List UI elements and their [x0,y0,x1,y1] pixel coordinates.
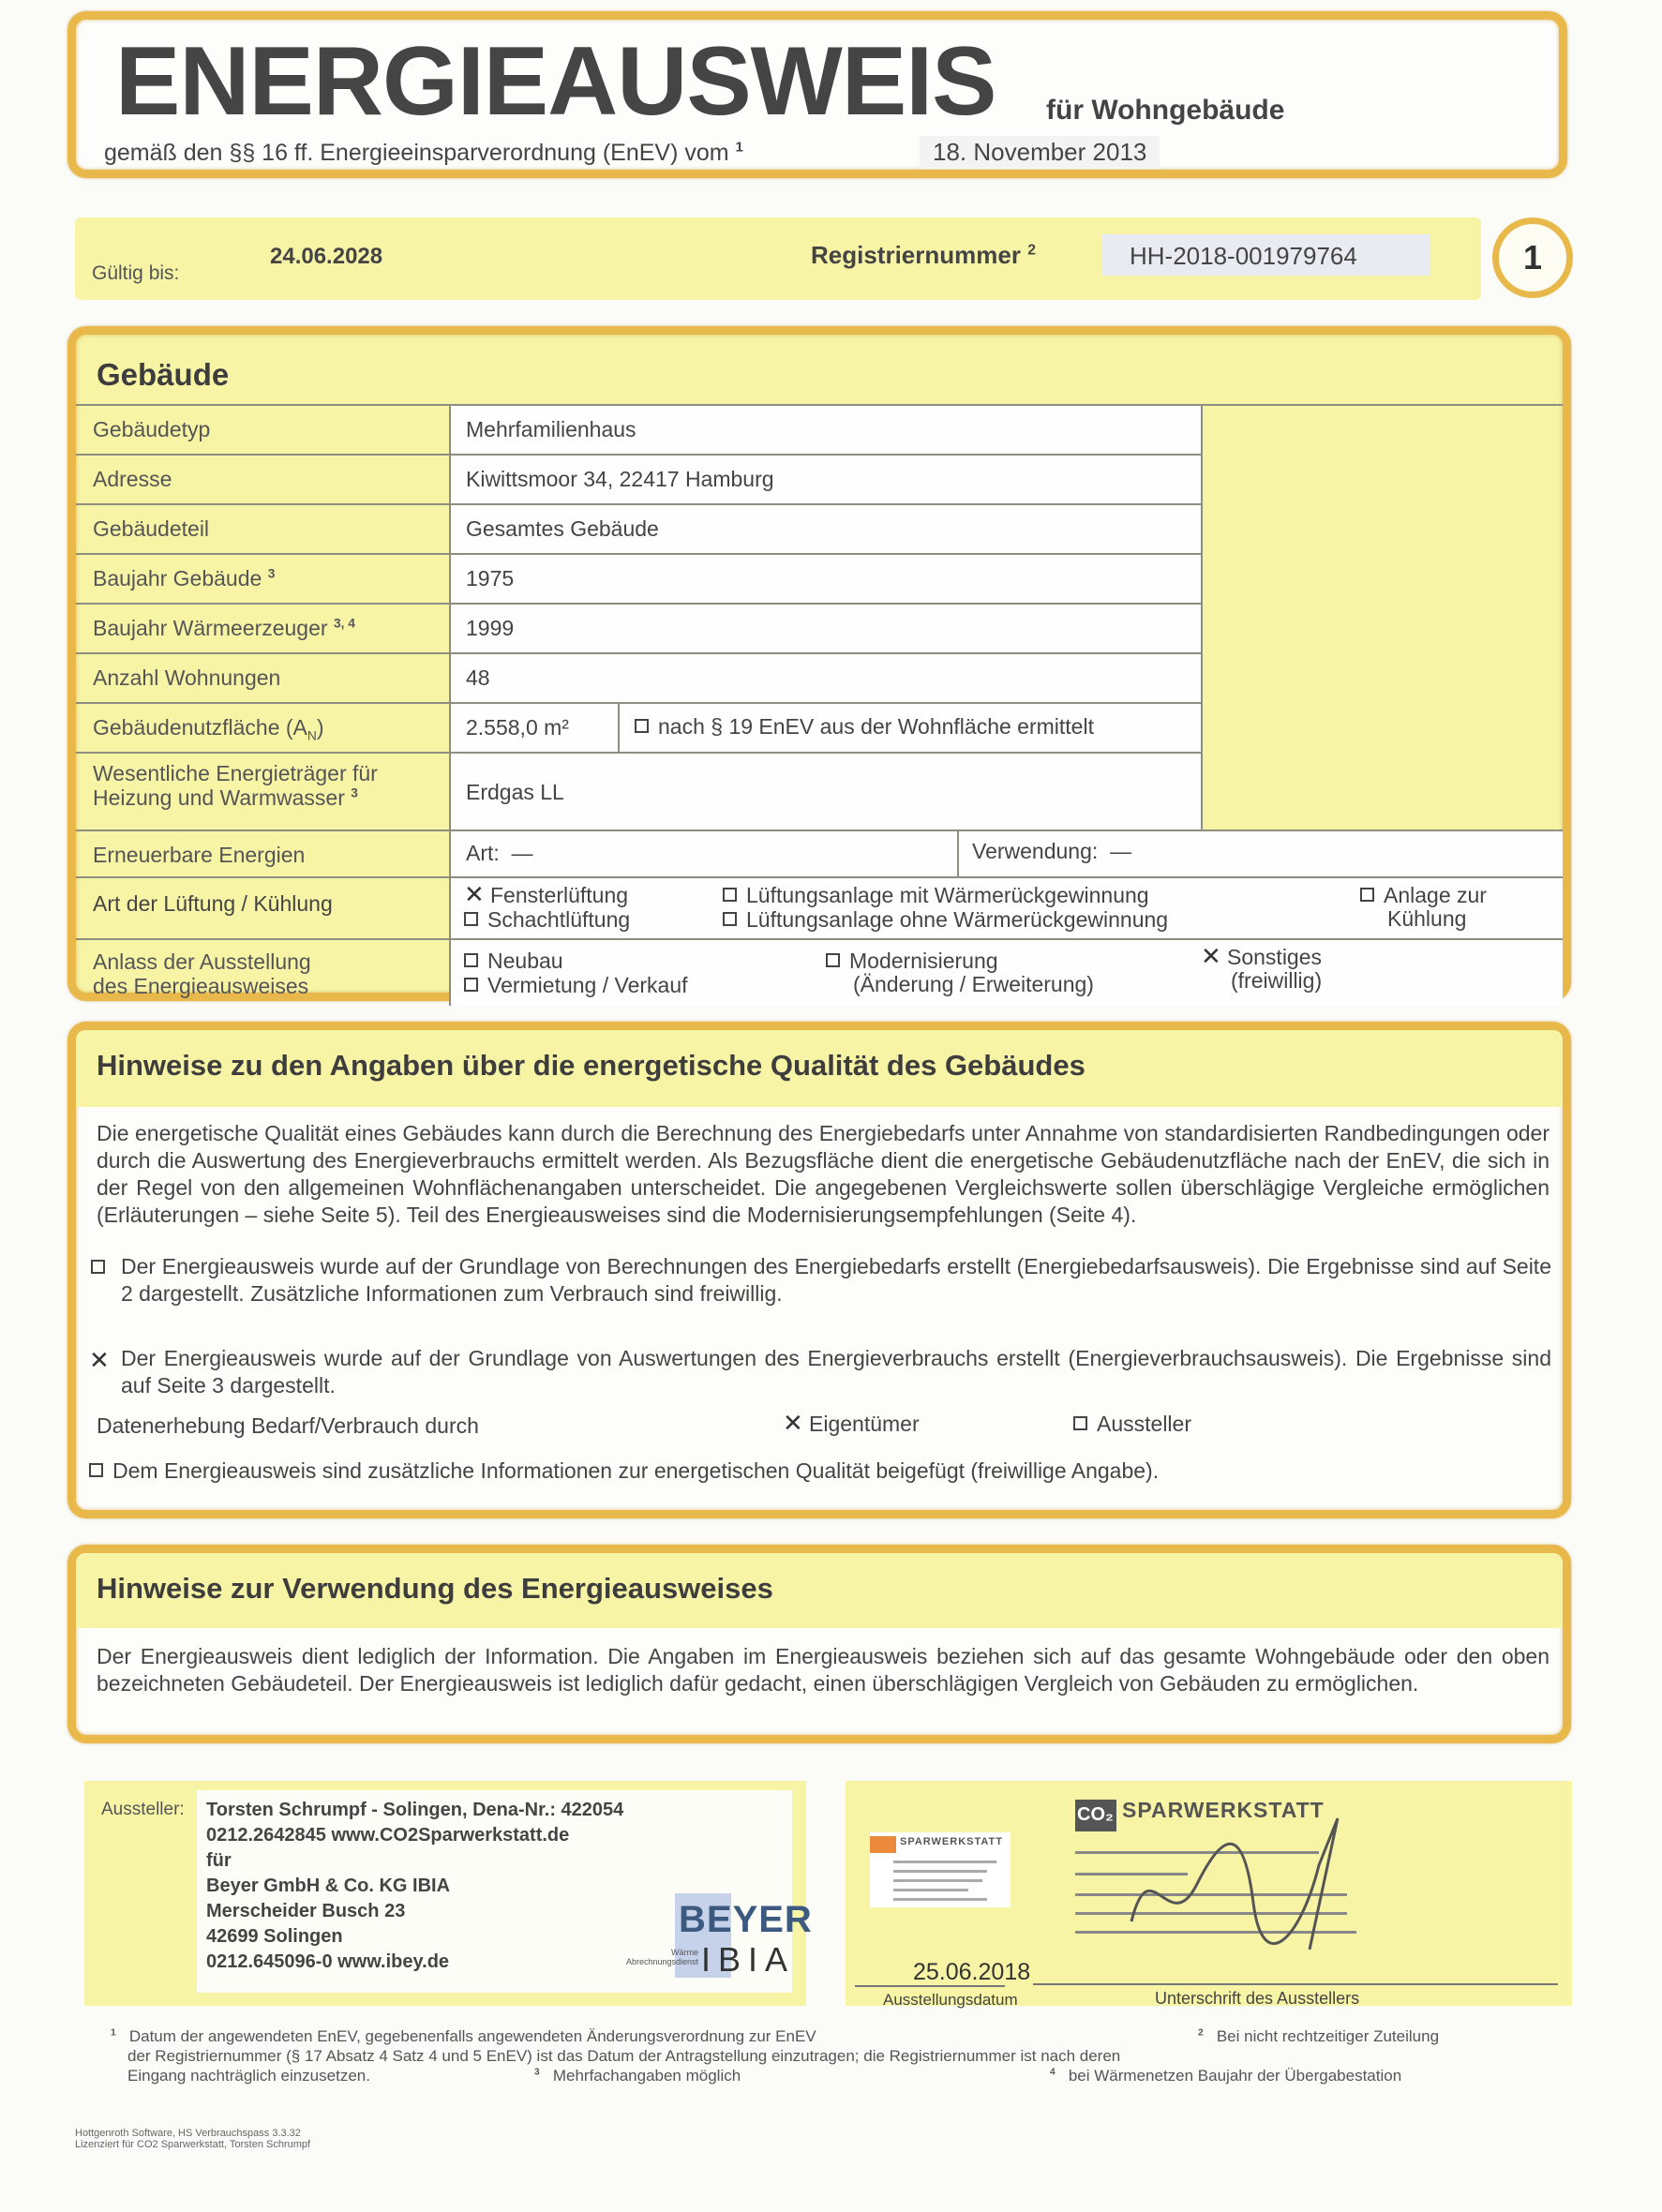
occasion-other-checkbox[interactable]: ✕Sonstiges(freiwillig) [1201,946,1322,994]
usage-notes-section: Hinweise zur Verwendung des Energieauswe… [67,1545,1571,1743]
checkbox-empty-icon [464,912,478,926]
checkbox-checked-icon: ✕ [783,1414,800,1431]
floor-area-value: 2.558,0 m² [466,715,569,740]
issuer-label: Aussteller: [101,1800,185,1820]
checkbox-empty-icon [1360,888,1374,902]
enev-date: 18. November 2013 [920,136,1160,169]
ventilation-without-recovery-checkbox[interactable]: Lüftungsanlage ohne Wärmerückgewinnung [723,908,1168,932]
footnote-2-cont: der Registriernummer (§ 17 Absatz 4 Satz… [127,2047,1120,2066]
data-collection-issuer-checkbox[interactable]: Aussteller [1073,1412,1191,1436]
footnote-4: 4 bei Wärmenetzen Baujahr der Übergabest… [1050,2067,1401,2085]
document-subtitle: für Wohngebäude [1046,95,1284,127]
checkbox-checked-icon: ✕ [1201,948,1218,964]
ventilation-window-checkbox[interactable]: ✕Fensterlüftung [464,884,628,907]
cooling-system-checkbox[interactable]: Anlage zurKühlung [1360,884,1487,932]
usage-notes-title: Hinweise zur Verwendung des Energieauswe… [97,1572,773,1606]
renewables-type: Art: — [466,841,533,866]
consumption-certificate-option[interactable]: ✕ Der Energieausweis wurde auf der Grund… [89,1345,1551,1399]
registration-number: HH-2018-001979764 [1101,234,1430,276]
signature-label: Unterschrift des Ausstellers [1155,1989,1359,2009]
checkbox-checked-icon: ✕ [464,886,481,903]
checkbox-empty-icon [723,912,737,926]
energy-quality-notes-title: Hinweise zu den Angaben über die energet… [97,1049,1086,1083]
usage-notes-text: Der Energieausweis dient lediglich der I… [97,1643,1550,1697]
ventilation-with-recovery-checkbox[interactable]: Lüftungsanlage mit Wärmerückgewinnung [723,884,1149,907]
legal-basis: gemäß den §§ 16 ff. Energieeinsparverord… [104,140,743,167]
energy-carrier-value: Erdgas LL [466,780,564,805]
building-type-value: Mehrfamilienhaus [466,417,636,442]
checkbox-empty-icon [91,1260,105,1274]
building-section-title: Gebäude [97,357,229,393]
row-occasion: Anlass der Ausstellungdes Energieausweis… [76,938,1563,1004]
checkbox-empty-icon [89,1463,103,1477]
row-building-part: Gebäudeteil Gesamtes Gebäude [76,503,1201,553]
energy-quality-intro: Die energetische Qualität eines Gebäudes… [97,1120,1550,1229]
row-ventilation: Art der Lüftung / Kühlung ✕Fensterlüftun… [76,876,1563,938]
checkbox-empty-icon [826,953,840,967]
footnote-3: 3 Mehrfachangaben möglich [534,2067,741,2085]
row-address: Adresse Kiwittsmoor 34, 22417 Hamburg [76,454,1201,503]
sparwerkstatt-stamp: CO₂ SPARWERKSTATT [1075,1800,1375,1950]
building-section: Gebäude Gebäudetyp Mehrfamilienhaus Adre… [67,326,1571,1001]
issue-date: 25.06.2018 [913,1959,1030,1986]
row-heater-year: Baujahr Wärmeerzeuger 3, 4 1999 [76,603,1201,652]
checkbox-checked-icon: ✕ [89,1352,106,1368]
checkbox-empty-icon [723,888,737,902]
additional-info-option[interactable]: Dem Energieausweis sind zusätzliche Info… [89,1457,1551,1485]
valid-until-label: Gültig bis: [92,262,179,285]
address-value: Kiwittsmoor 34, 22417 Hamburg [466,467,774,492]
footnote-2-end: Eingang nachträglich einzusetzen. [127,2067,370,2085]
footnote-2: 2 Bei nicht rechtzeitiger Zuteilung [1198,2027,1439,2046]
occasion-modernization-checkbox[interactable]: Modernisierung(Änderung / Erweiterung) [826,949,1094,997]
checkbox-empty-icon [1073,1416,1087,1430]
heater-year-value: 1999 [466,616,514,641]
demand-certificate-option[interactable]: Der Energieausweis wurde auf der Grundla… [89,1253,1551,1308]
data-collection-row: Datenerhebung Bedarf/Verbrauch durch ✕Ei… [89,1412,1551,1440]
issue-date-label: Ausstellungsdatum [883,1991,1018,2010]
registration-label: Registriernummer 2 [811,241,1036,270]
row-construction-year: Baujahr Gebäude 3 1975 [76,553,1201,603]
document-title: ENERGIEAUSWEIS [115,33,996,130]
valid-until-value: 24.06.2028 [270,244,382,270]
signature-icon [1113,1809,1356,1950]
row-floor-area: Gebäudenutzfläche (AN) 2.558,0 m² nach §… [76,702,1201,752]
floor-area-from-living-space-checkbox[interactable]: nach § 19 EnEV aus der Wohnfläche ermitt… [635,715,1094,739]
sparwerkstatt-stamp-small: SPARWERKSTATT [870,1832,1011,1907]
row-apartments: Anzahl Wohnungen 48 [76,652,1201,702]
row-building-type: Gebäudetyp Mehrfamilienhaus [76,404,1201,454]
checkbox-empty-icon [464,953,478,967]
row-renewables: Erneuerbare Energien Art: — Verwendung: … [76,829,1563,876]
occasion-rental-sale-checkbox[interactable]: Vermietung / Verkauf [464,974,688,997]
checkbox-empty-icon [464,978,478,992]
row-energy-carrier: Wesentliche Energieträger fürHeizung und… [76,752,1201,829]
renewables-usage: Verwendung: — [972,839,1131,864]
apartments-value: 48 [466,665,490,691]
page-number-badge: 1 [1492,217,1573,298]
beyer-ibia-logo: BEYER IBIA Wärme Abrechnungsdienst [675,1893,792,1978]
building-part-value: Gesamtes Gebäude [466,516,659,542]
checkbox-empty-icon [635,719,649,733]
occasion-new-building-checkbox[interactable]: Neubau [464,949,563,973]
data-collection-owner-checkbox[interactable]: ✕Eigentümer [783,1412,920,1436]
footnote-1: 1 Datum der angewendeten EnEV, gegebenen… [111,2027,816,2046]
construction-year-value: 1975 [466,566,514,591]
certificate-header: ENERGIEAUSWEIS für Wohngebäude gemäß den… [67,11,1567,178]
issuer-block: Aussteller: Torsten Schrumpf - Solingen,… [84,1781,806,2006]
ventilation-shaft-checkbox[interactable]: Schachtlüftung [464,908,630,932]
validity-bar: Gültig bis: 24.06.2028 Registriernummer … [75,217,1481,300]
signature-block: SPARWERKSTATT 25.06.2018 Ausstellungsdat… [846,1781,1572,2006]
software-credit: Hottgenroth Software, HS Verbrauchspass … [75,2128,310,2150]
issuer-address: Torsten Schrumpf - Solingen, Dena-Nr.: 4… [206,1798,623,1975]
energy-quality-notes-section: Hinweise zu den Angaben über die energet… [67,1022,1571,1518]
